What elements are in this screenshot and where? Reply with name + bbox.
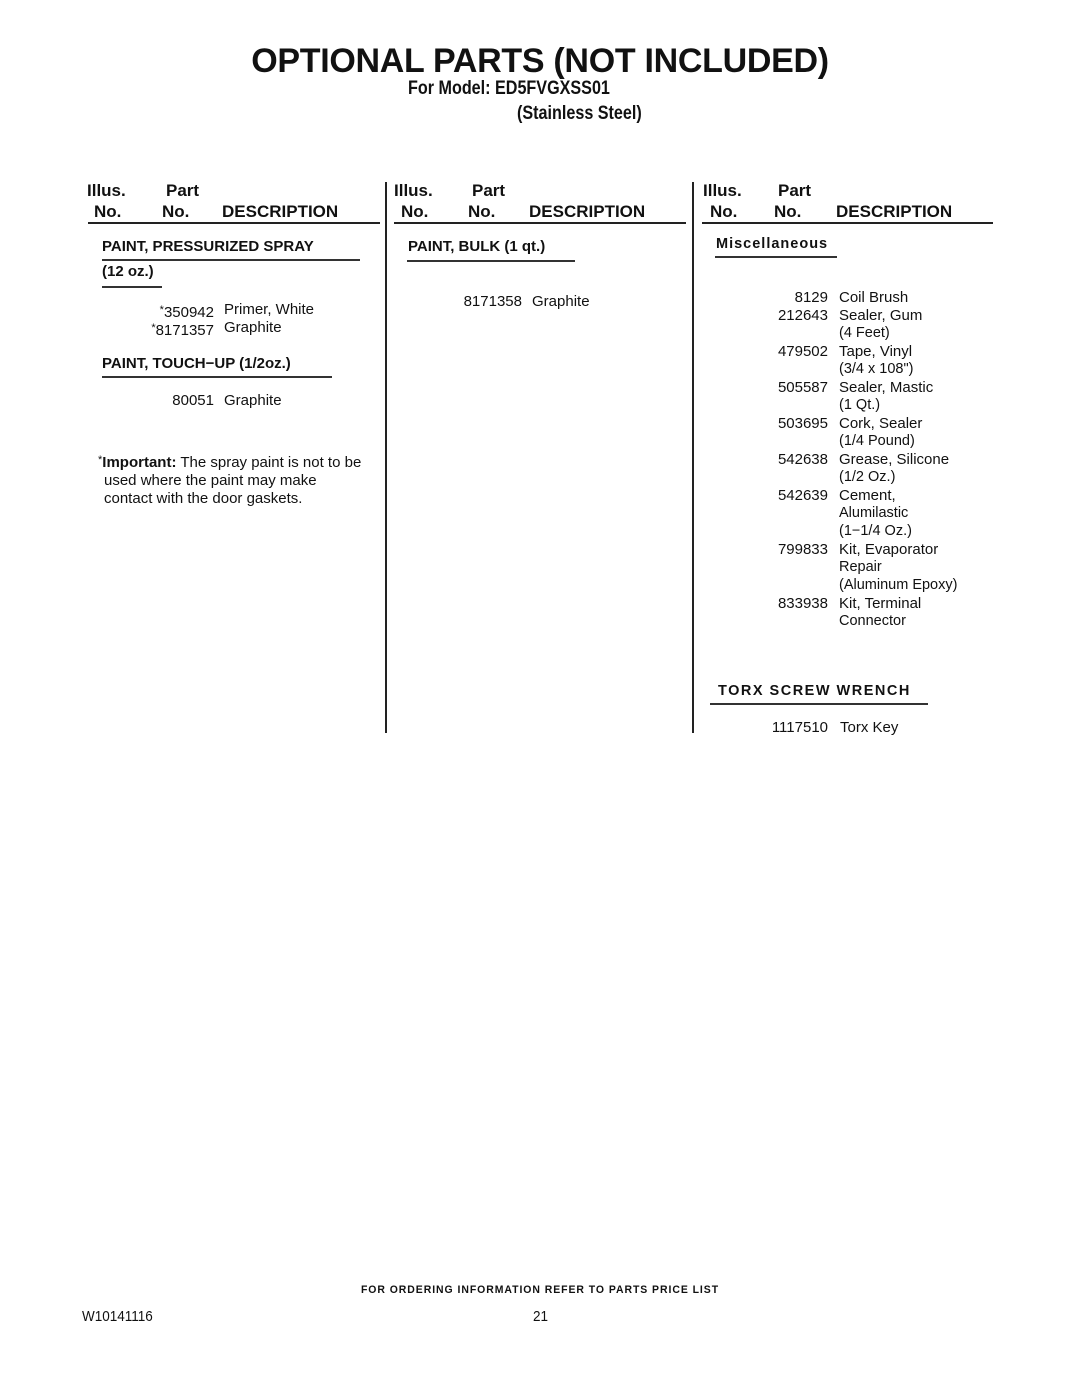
section-underline [102, 286, 162, 288]
important-note: *Important: The spray paint is not to be… [104, 451, 364, 508]
part-description: Sealer, Gum [839, 307, 922, 325]
part-description-detail: (3/4 x 108") [839, 360, 913, 378]
part-header: PartNo. [774, 180, 811, 222]
section-underline [102, 376, 332, 378]
part-description: Cork, Sealer [839, 415, 922, 433]
part-description-detail: (Aluminum Epoxy) [839, 576, 957, 594]
part-description-detail: (1 Qt.) [839, 396, 880, 414]
no-label: No. [162, 202, 189, 221]
part-number: 80051 [172, 392, 214, 410]
part-number: 833938 [778, 595, 828, 613]
part-label: Part [162, 181, 199, 200]
note-label: Important: [102, 454, 176, 471]
part-description: Tape, Vinyl [839, 343, 912, 361]
section-title: Miscellaneous [716, 236, 828, 252]
illus-header: Illus.No. [87, 180, 126, 222]
section-title: PAINT, TOUCH−UP (1/2oz.) [102, 355, 291, 372]
part-number: 8129 [795, 289, 828, 307]
part-description: Grease, Silicone [839, 451, 949, 469]
part-number: 212643 [778, 307, 828, 325]
no-label: No. [703, 202, 737, 221]
no-label: No. [87, 202, 121, 221]
section-underline [102, 259, 360, 261]
document-number: W10141116 [82, 1308, 153, 1325]
no-label: No. [468, 202, 495, 221]
section-underline [715, 256, 837, 258]
part-description-detail: (1−1/4 Oz.) [839, 522, 912, 540]
part-description: Kit, Terminal [839, 595, 921, 613]
part-description: Sealer, Mastic [839, 379, 933, 397]
part-number: 542638 [778, 451, 828, 469]
part-number-text: 8171357 [156, 322, 214, 339]
part-description: Primer, White [224, 301, 314, 319]
description-header: DESCRIPTION [836, 201, 952, 222]
part-number: 503695 [778, 415, 828, 433]
part-description: Graphite [224, 392, 282, 410]
part-description-detail: (4 Feet) [839, 324, 890, 342]
illus-label: Illus. [703, 181, 742, 200]
part-description-detail: Connector [839, 612, 906, 630]
section-title: PAINT, PRESSURIZED SPRAY [102, 238, 314, 255]
part-header: PartNo. [162, 180, 199, 222]
part-number: 542639 [778, 487, 828, 505]
part-description: Cement, [839, 487, 896, 505]
column-divider [385, 182, 387, 733]
part-number: 1117510 [772, 719, 828, 737]
part-number: 8171358 [464, 293, 522, 311]
part-description-detail: Repair [839, 558, 882, 576]
part-number: 505587 [778, 379, 828, 397]
page-title: OPTIONAL PARTS (NOT INCLUDED) [0, 42, 1080, 81]
no-label: No. [774, 202, 801, 221]
part-number: 799833 [778, 541, 828, 559]
description-header: DESCRIPTION [529, 201, 645, 222]
description-header: DESCRIPTION [222, 201, 338, 222]
ordering-info: FOR ORDERING INFORMATION REFER TO PARTS … [27, 1284, 1053, 1296]
model-line: For Model: ED5FVGXSS01 [408, 78, 610, 100]
header-rule [88, 222, 380, 224]
part-description: Coil Brush [839, 289, 908, 307]
part-header: PartNo. [468, 180, 505, 222]
illus-label: Illus. [394, 181, 433, 200]
part-description: Graphite [224, 319, 282, 337]
section-title: TORX SCREW WRENCH [718, 683, 911, 699]
section-title-cont: (12 oz.) [102, 263, 154, 280]
section-title: PAINT, BULK (1 qt.) [408, 238, 545, 255]
no-label: No. [394, 202, 428, 221]
illus-header: Illus.No. [703, 180, 742, 222]
column-divider [692, 182, 694, 733]
page-number: 21 [533, 1308, 548, 1325]
header-rule [702, 222, 993, 224]
illus-header: Illus.No. [394, 180, 433, 222]
finish-line: (Stainless Steel) [517, 103, 642, 125]
part-number: *8171357 [151, 319, 214, 340]
header-rule [394, 222, 686, 224]
section-underline [710, 703, 928, 705]
part-description: Graphite [532, 293, 590, 311]
part-number: 479502 [778, 343, 828, 361]
section-underline [407, 260, 575, 262]
part-description: Torx Key [840, 719, 898, 737]
part-description-detail: (1/4 Pound) [839, 432, 915, 450]
part-description-detail: (1/2 Oz.) [839, 468, 895, 486]
part-label: Part [468, 181, 505, 200]
part-description-detail: Alumilastic [839, 504, 908, 522]
part-label: Part [774, 181, 811, 200]
illus-label: Illus. [87, 181, 126, 200]
part-description: Kit, Evaporator [839, 541, 938, 559]
